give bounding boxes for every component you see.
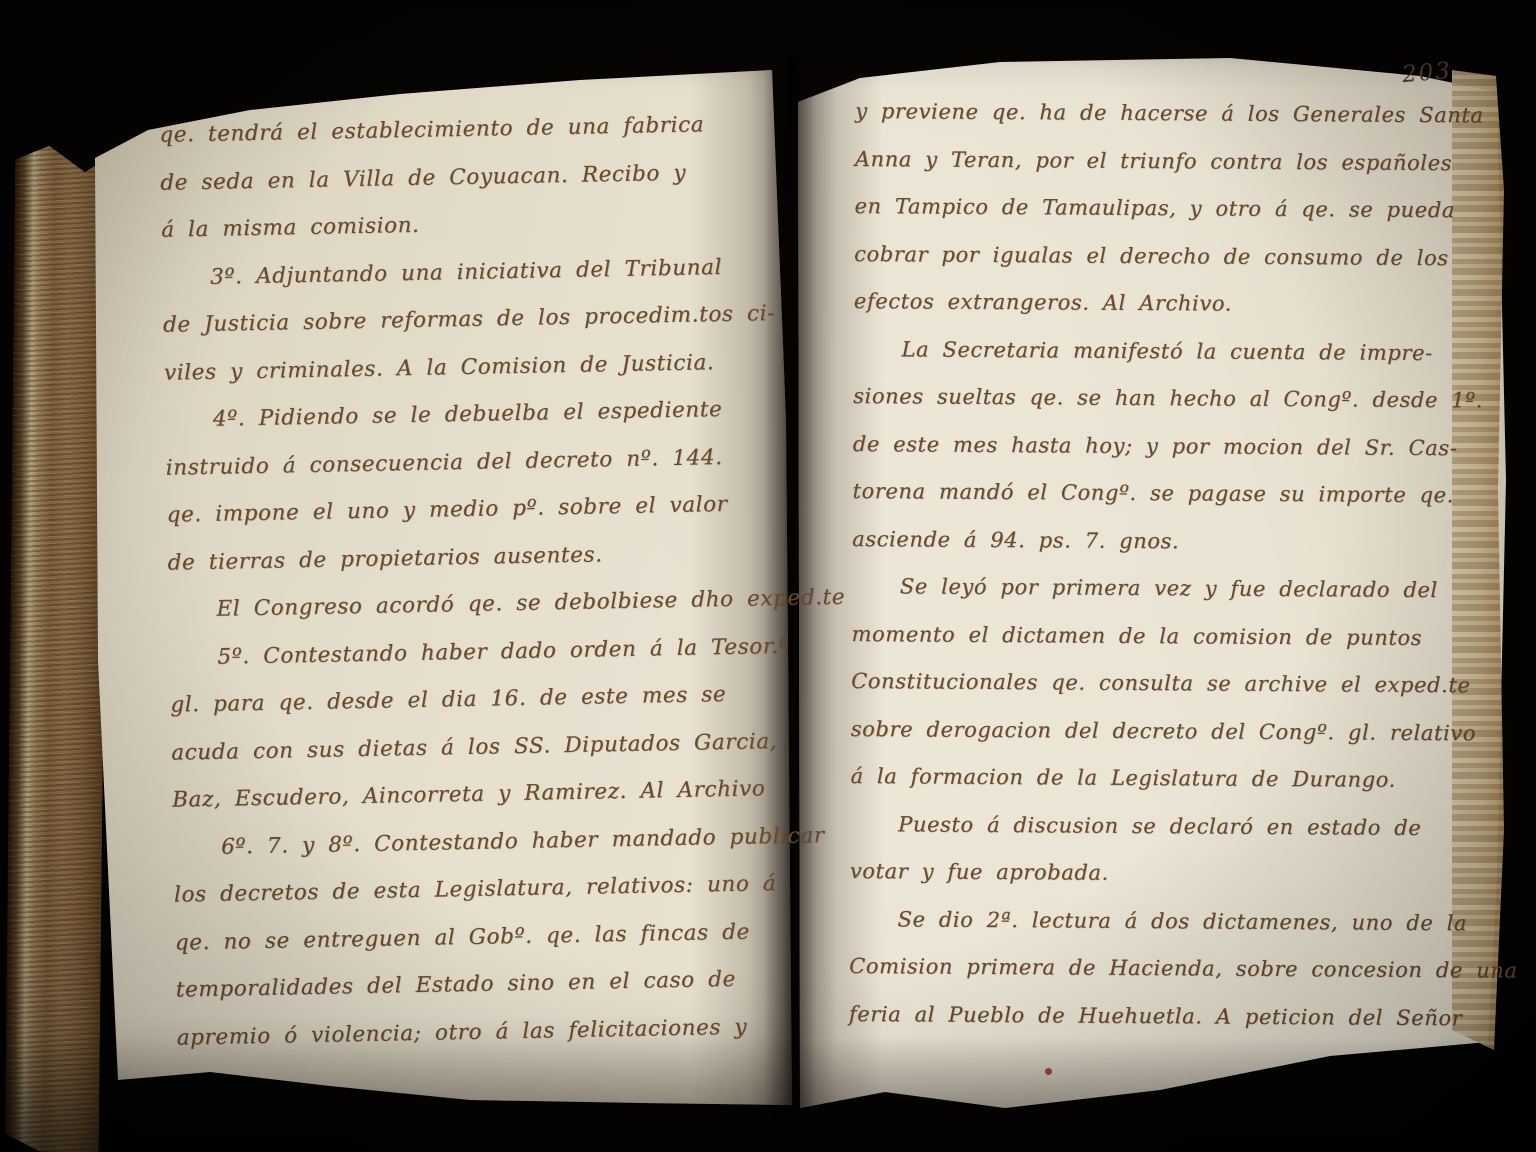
manuscript-line: cobrar por igualas el derecho de consumo… — [854, 230, 1430, 282]
right-page-text: y previene qe. ha de hacerse á los Gener… — [849, 88, 1432, 1042]
manuscript-line: votar y fue aprobada. — [850, 848, 1426, 900]
manuscript-line: Constitucionales qe. consulta se archive… — [851, 658, 1427, 710]
red-ink-dot — [1045, 1068, 1052, 1075]
manuscript-line: Anna y Teran, por el triunfo contra los … — [855, 135, 1431, 187]
manuscript-line: Se dio 2ª. lectura á dos dictamenes, uno… — [849, 895, 1425, 947]
left-page-text: qe. tendrá el establecimiento de una fab… — [159, 100, 769, 1061]
manuscript-line: torena mandó el Congº. se pagase su impo… — [852, 468, 1428, 520]
manuscript-line: sobre derogacion del decreto del Congº. … — [851, 705, 1427, 757]
manuscript-line: siones sueltas qe. se han hecho al Congº… — [853, 373, 1429, 425]
manuscript-line: La Secretaria manifestó la cuenta de imp… — [853, 325, 1429, 377]
manuscript-line: feria al Pueblo de Huehuetla. A peticion… — [849, 990, 1425, 1042]
book-spine-page-edges — [5, 146, 110, 1152]
manuscript-line: efectos extrangeros. Al Archivo. — [854, 278, 1430, 330]
manuscript-line: asciende á 94. ps. 7. gnos. — [852, 515, 1428, 567]
manuscript-line: Puesto á discusion se declaró en estado … — [850, 800, 1426, 852]
manuscript-line: momento el dictamen de la comision de pu… — [851, 610, 1427, 662]
manuscript-line: Se leyó por primera vez y fue declarado … — [852, 563, 1428, 615]
manuscript-line: Comision primera de Hacienda, sobre conc… — [849, 943, 1425, 995]
manuscript-line: de este mes hasta hoy; y por mocion del … — [853, 420, 1429, 472]
page-number: 203 — [1401, 58, 1453, 88]
manuscript-book-photo: qe. tendrá el establecimiento de una fab… — [0, 0, 1536, 1152]
manuscript-line: y previene qe. ha de hacerse á los Gener… — [855, 88, 1431, 140]
manuscript-line: á la formacion de la Legislatura de Dura… — [850, 753, 1426, 805]
manuscript-line: en Tampico de Tamaulipas, y otro á qe. s… — [854, 183, 1430, 235]
